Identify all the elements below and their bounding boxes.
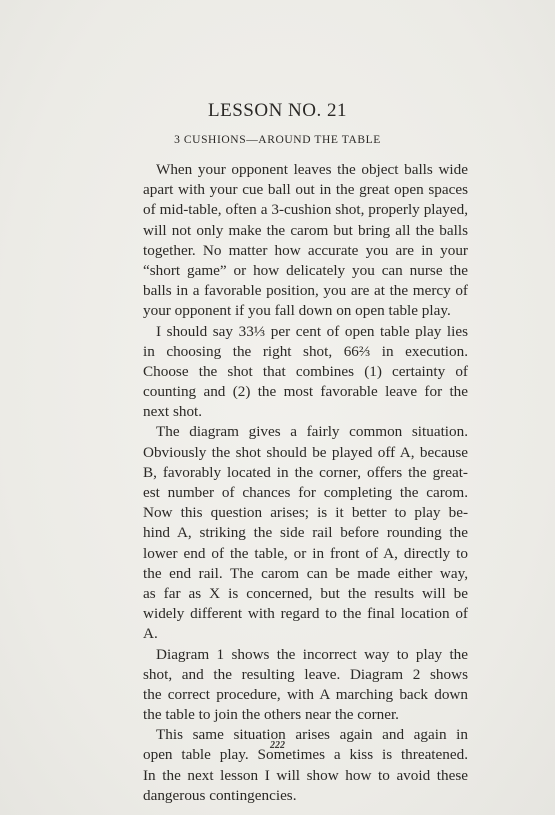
text-line: in choosing the right shot, 66⅔ in execu… xyxy=(143,342,468,362)
text-line: the table to join the others near the co… xyxy=(143,705,468,725)
text-line: When your opponent leaves the object bal… xyxy=(143,160,468,180)
lesson-title: LESSON NO. 21 xyxy=(0,100,555,122)
text-line: In the next lesson I will show how to av… xyxy=(143,766,468,786)
text-line: your opponent if you fall down on open t… xyxy=(143,301,468,321)
text-line: lower end of the table, or in front of A… xyxy=(143,544,468,564)
text-line: widely different with regard to the fina… xyxy=(143,604,468,624)
text-line: the end rail. The carom can be made eith… xyxy=(143,564,468,584)
text-line: B, favorably located in the corner, offe… xyxy=(143,463,468,483)
text-line: as far as X is concerned, but the result… xyxy=(143,584,468,604)
text-line: hind A, striking the side rail before ro… xyxy=(143,523,468,543)
text-line: of mid-table, often a 3-cushion shot, pr… xyxy=(143,200,468,220)
section-title: 3 CUSHIONS—AROUND THE TABLE xyxy=(0,134,555,146)
text-line: counting and (2) the most favorable leav… xyxy=(143,382,468,402)
text-line: A. xyxy=(143,624,468,644)
text-line: will not only make the carom but bring a… xyxy=(143,221,468,241)
text-line: next shot. xyxy=(143,402,468,422)
text-line: “short game” or how delicately you can n… xyxy=(143,261,468,281)
text-line: apart with your cue ball out in the grea… xyxy=(143,180,468,200)
text-line: dangerous contingencies. xyxy=(143,786,468,806)
text-line: Diagram 1 shows the incorrect way to pla… xyxy=(143,645,468,665)
page-number: 222 xyxy=(0,740,555,751)
text-line: I should say 33⅓ per cent of open table … xyxy=(143,322,468,342)
text-line: balls in a favorable position, you are a… xyxy=(143,281,468,301)
text-line: Obviously the shot should be played off … xyxy=(143,443,468,463)
book-page: LESSON NO. 21 3 CUSHIONS—AROUND THE TABL… xyxy=(0,0,555,815)
body-text: When your opponent leaves the object bal… xyxy=(143,160,468,806)
text-line: The diagram gives a fairly common situat… xyxy=(143,422,468,442)
text-line: est number of chances for completing the… xyxy=(143,483,468,503)
text-line: Choose the shot that combines (1) certai… xyxy=(143,362,468,382)
text-line: the correct procedure, with A marching b… xyxy=(143,685,468,705)
text-line: together. No matter how accurate you are… xyxy=(143,241,468,261)
text-line: Now this question arises; is it better t… xyxy=(143,503,468,523)
text-line: shot, and the resulting leave. Diagram 2… xyxy=(143,665,468,685)
